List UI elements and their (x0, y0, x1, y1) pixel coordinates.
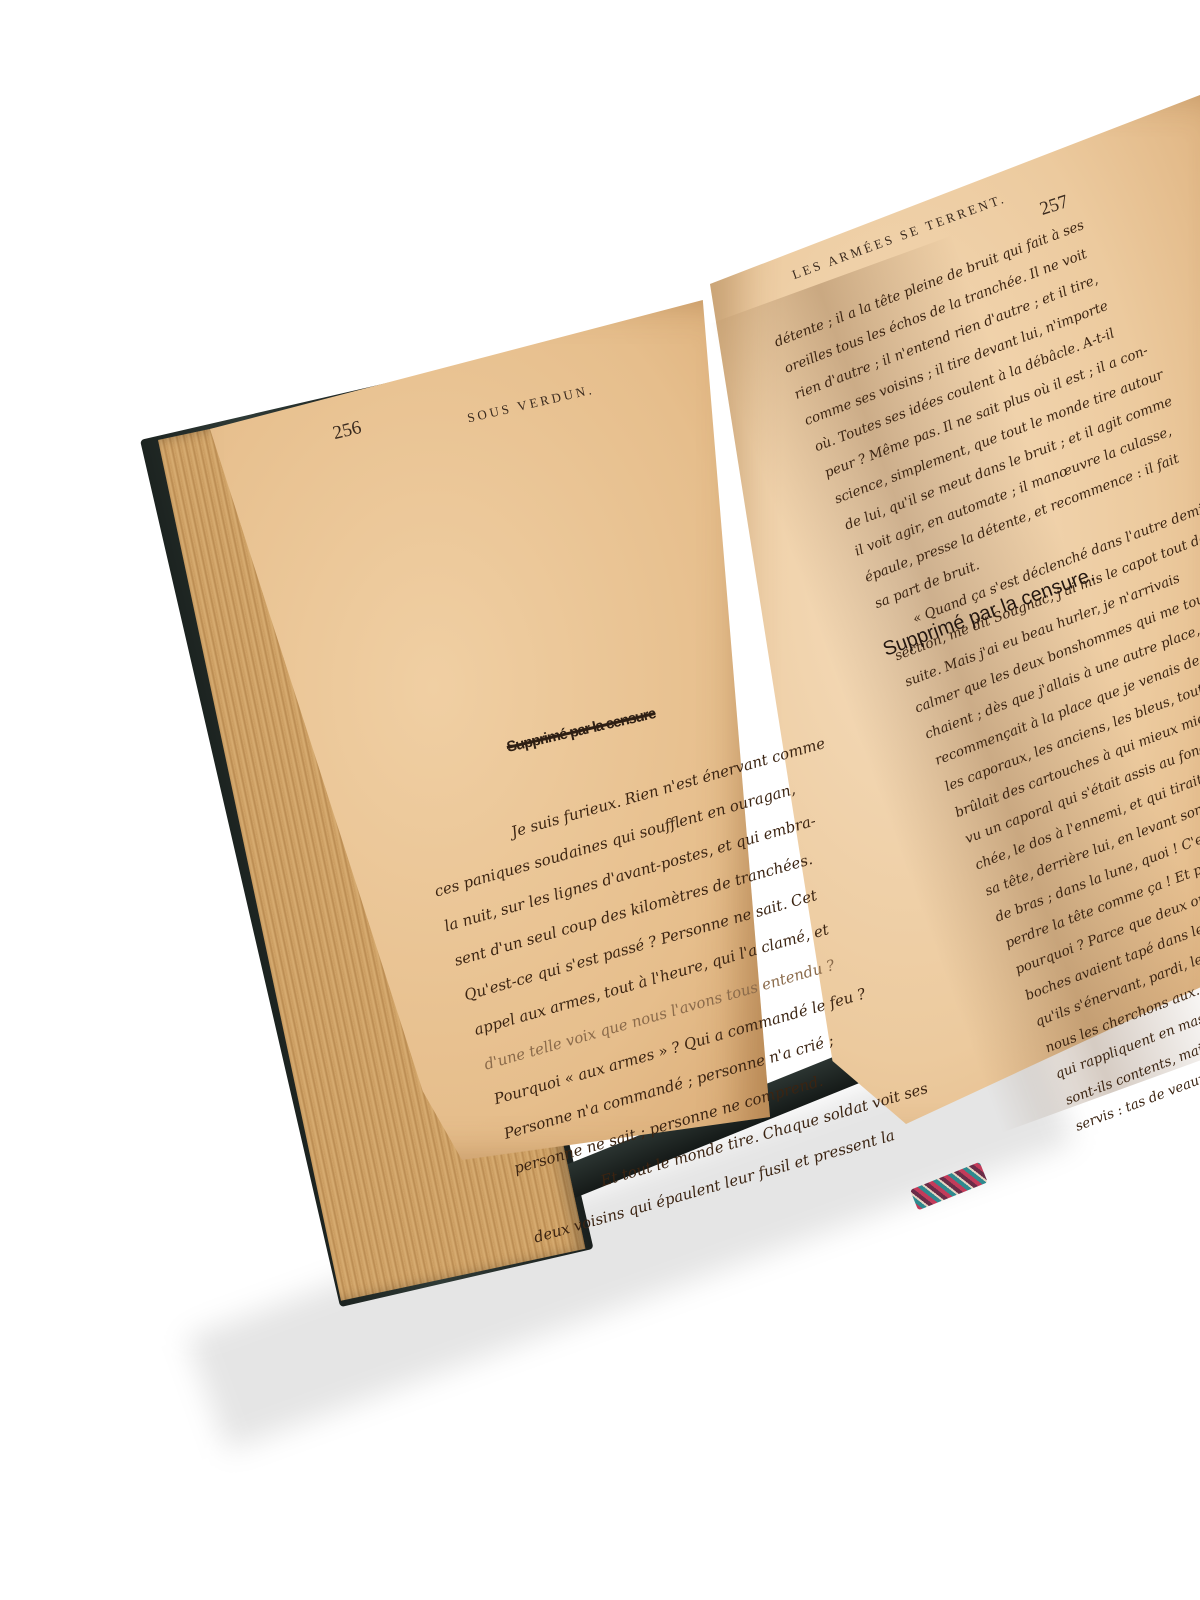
open-book-photo: 256 SOUS VERDUN. Supprimé par la censure… (0, 0, 1200, 1600)
